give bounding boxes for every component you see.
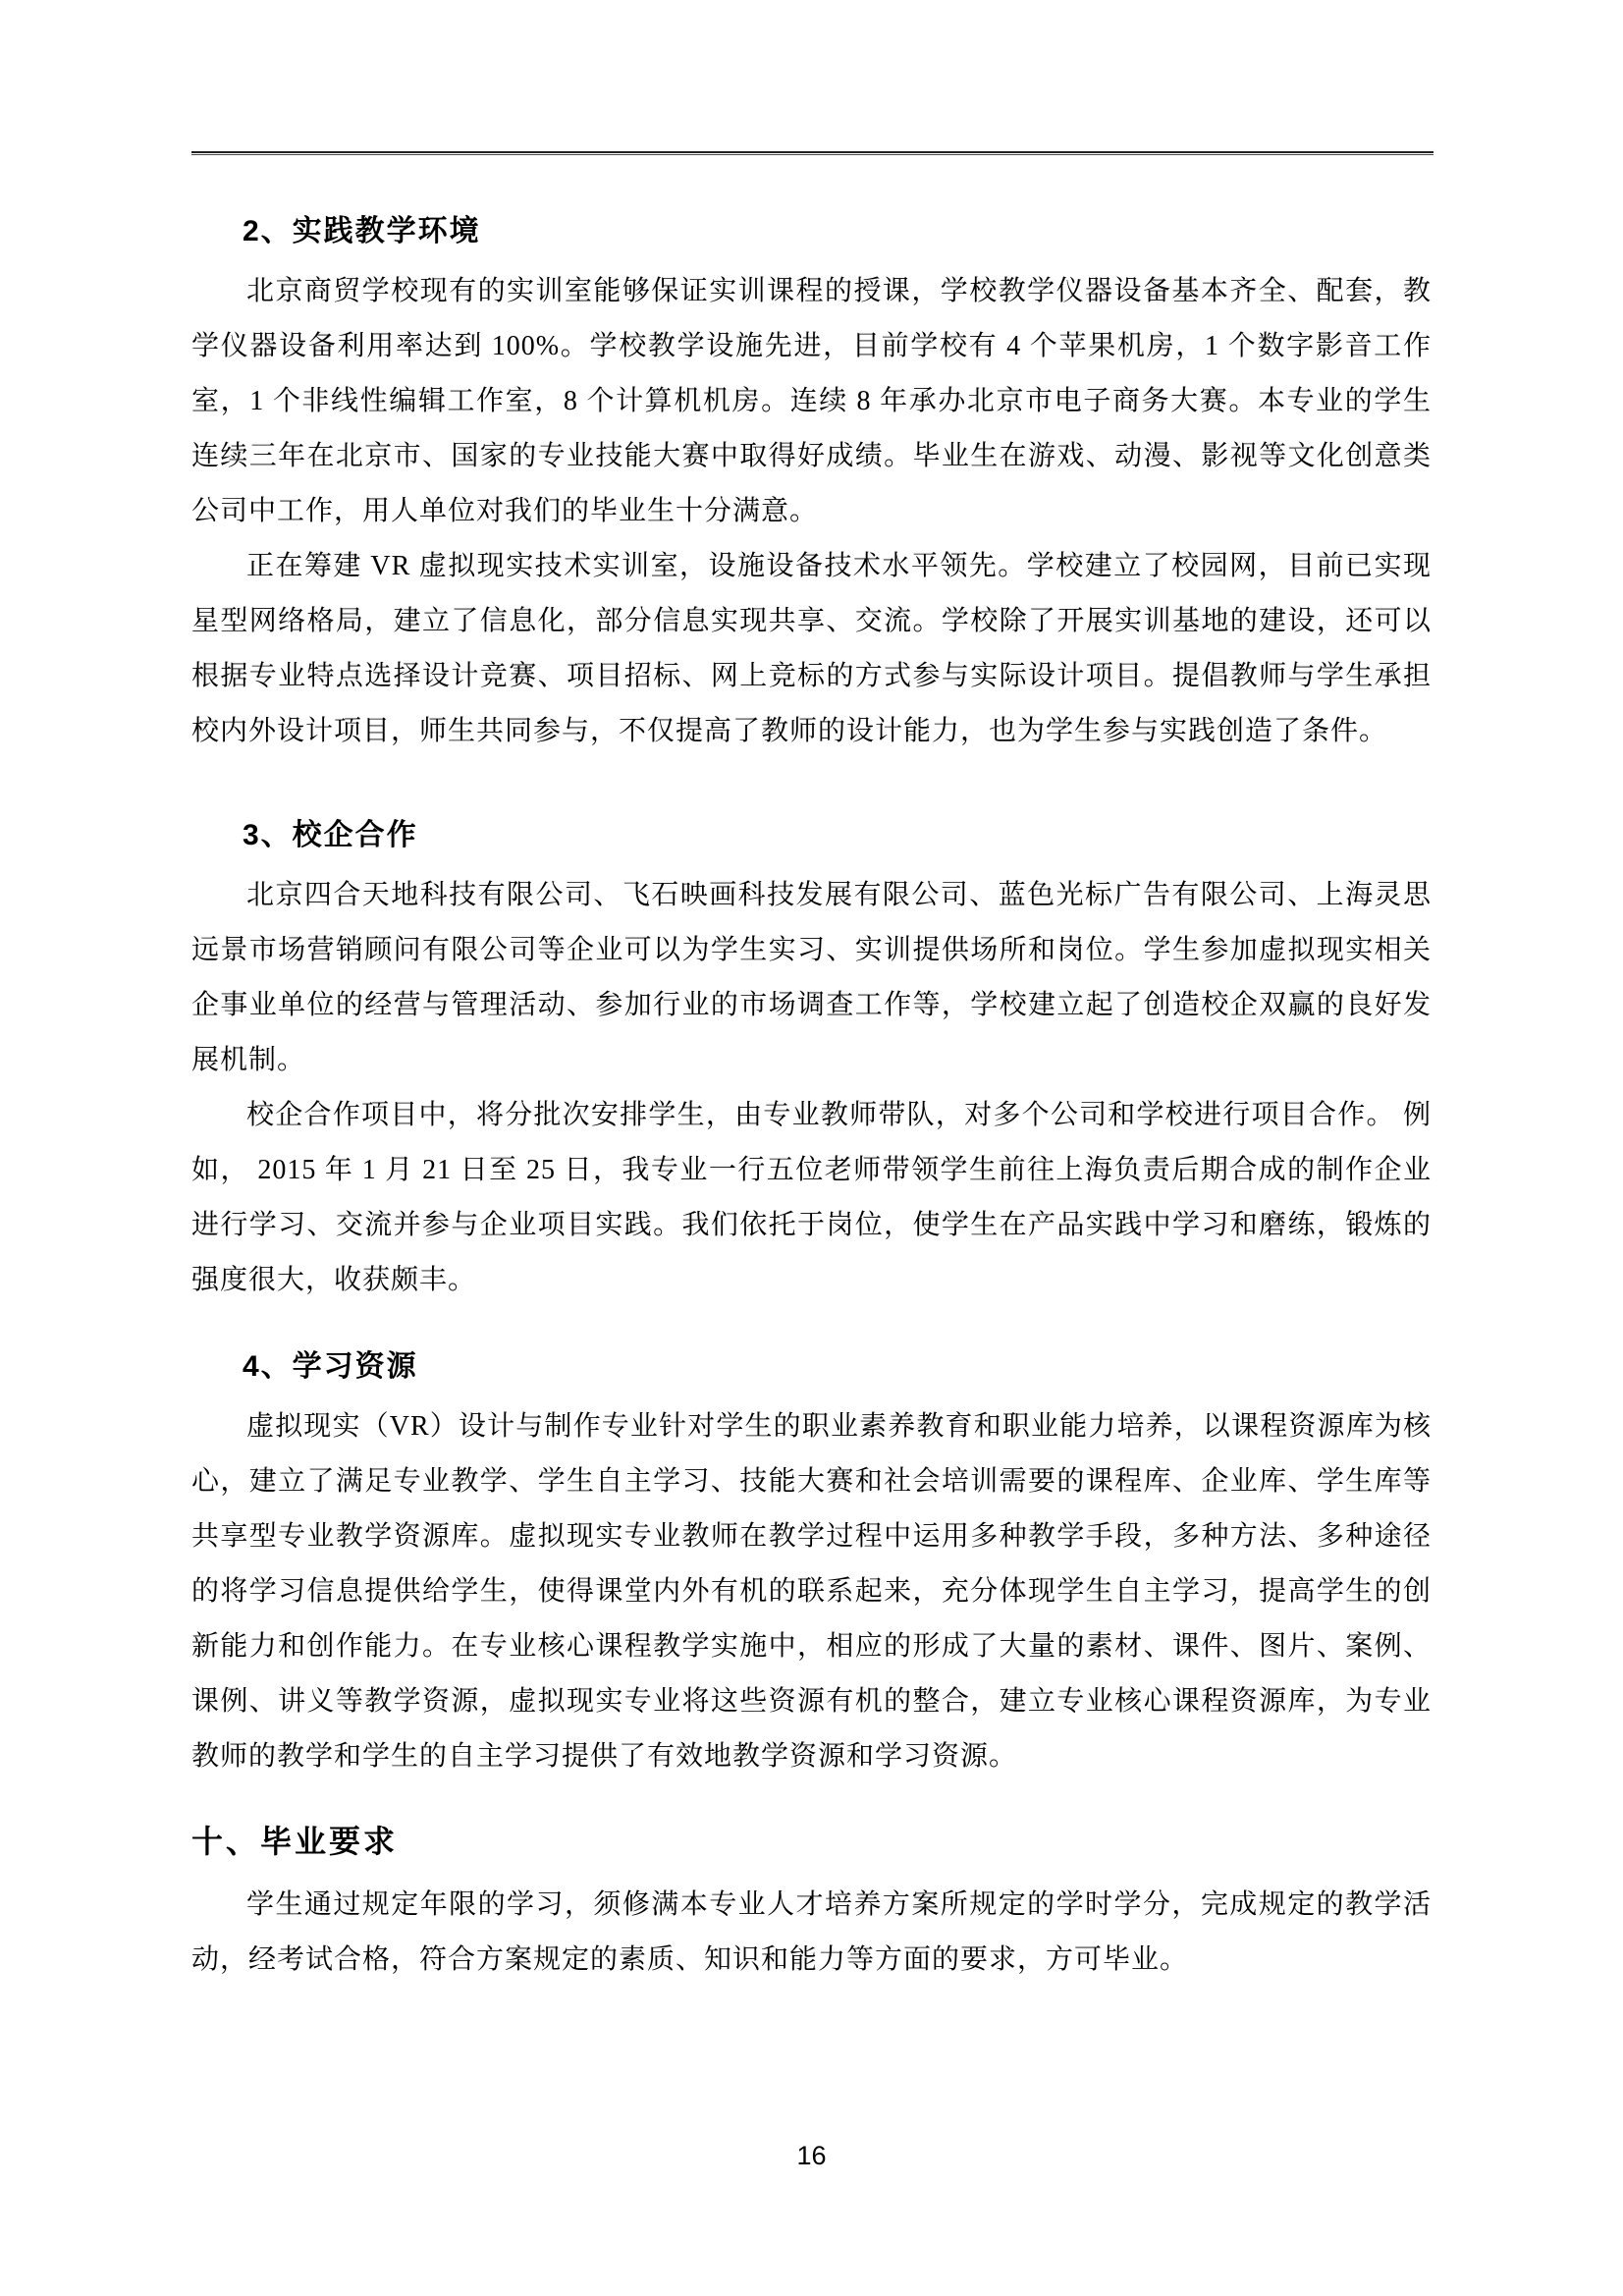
page-number: 16 [0, 2139, 1623, 2172]
paragraph-practice-env-1: 北京商贸学校现有的实训室能够保证实训课程的授课，学校教学仪器设备基本齐全、配套，… [191, 264, 1432, 539]
paragraph-learning-resources-1: 虚拟现实（VR）设计与制作专业针对学生的职业素养教育和职业能力培养，以课程资源库… [191, 1399, 1432, 1784]
document-page: 2、实践教学环境 北京商贸学校现有的实训室能够保证实训课程的授课，学校教学仪器设… [0, 0, 1623, 2296]
paragraph-cooperation-1: 北京四合天地科技有限公司、飞石映画科技发展有限公司、蓝色光标广告有限公司、上海灵… [191, 868, 1432, 1088]
paragraph-graduation-requirements-1: 学生通过规定年限的学习，须修满本专业人才培养方案所规定的学时学分，完成规定的教学… [191, 1878, 1432, 1988]
section-heading-school-enterprise-cooperation: 3、校企合作 [243, 814, 1432, 857]
section-heading-graduation-requirements: 十、毕业要求 [191, 1816, 1432, 1867]
section-heading-practice-teaching-environment: 2、实践教学环境 [243, 210, 1432, 253]
paragraph-practice-env-2: 正在筹建 VR 虚拟现实技术实训室，设施设备技术水平领先。学校建立了校园网，目前… [191, 539, 1432, 759]
page-content: 2、实践教学环境 北京商贸学校现有的实训室能够保证实训课程的授课，学校教学仪器设… [0, 210, 1623, 1988]
header-rule [191, 151, 1434, 155]
section-heading-learning-resources: 4、学习资源 [243, 1345, 1432, 1389]
paragraph-cooperation-2: 校企合作项目中，将分批次安排学生，由专业教师带队，对多个公司和学校进行项目合作。… [191, 1088, 1432, 1308]
